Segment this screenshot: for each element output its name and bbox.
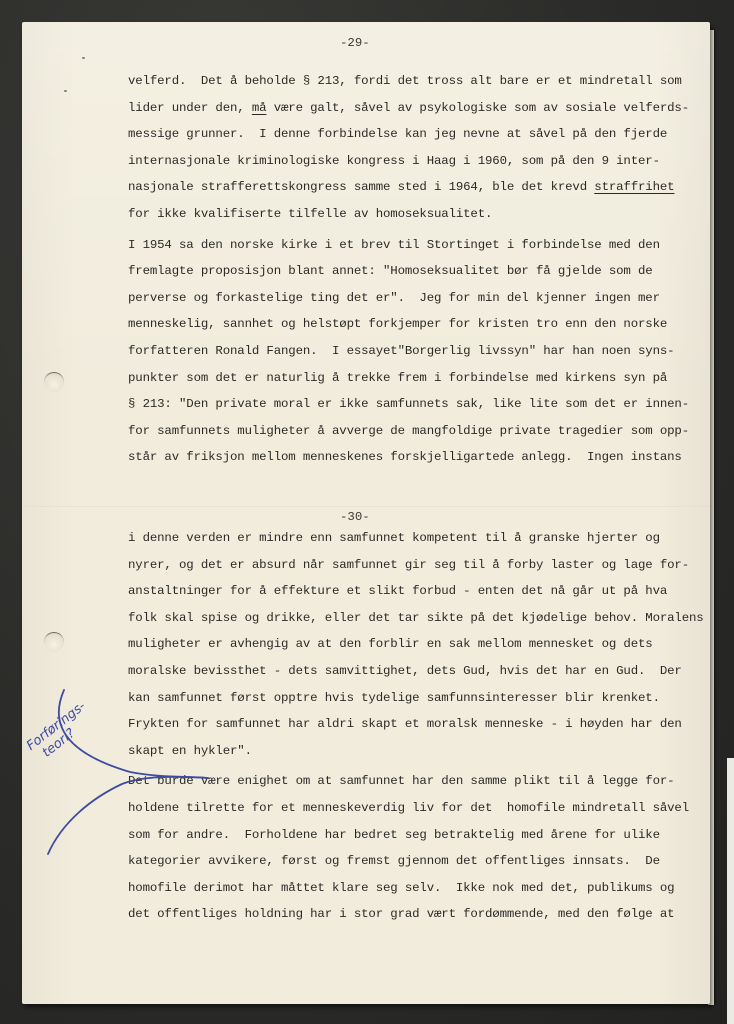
text-line: skapt en hykler". bbox=[128, 742, 252, 760]
text-segment: kan samfunnet først opptre hvis tydelige… bbox=[128, 691, 660, 705]
text-segment: internasjonale kriminologiske kongress i… bbox=[128, 154, 660, 168]
text-line: fremlagte proposisjon blant annet: "Homo… bbox=[128, 262, 653, 280]
text-segment: messige grunner. I denne forbindelse kan… bbox=[128, 127, 667, 141]
adjacent-card-edge bbox=[727, 758, 734, 1024]
text-segment: være galt, såvel av psykologiske som av … bbox=[266, 101, 689, 115]
text-segment: menneskelig, sannhet og helstøpt forkjem… bbox=[128, 317, 667, 331]
text-line: nasjonale strafferettskongress samme ste… bbox=[128, 178, 674, 196]
underlined-text: straffrihet bbox=[594, 180, 674, 194]
text-segment: fremlagte proposisjon blant annet: "Homo… bbox=[128, 264, 653, 278]
text-segment: punkter som det er naturlig å trekke fre… bbox=[128, 371, 667, 385]
text-segment: i denne verden er mindre enn samfunnet k… bbox=[128, 531, 660, 545]
text-line: kategorier avvikere, først og fremst gje… bbox=[128, 852, 660, 870]
handwritten-margin-note: Forførings- teori? bbox=[24, 699, 98, 766]
text-line: for samfunnets muligheter å avverge de m… bbox=[128, 422, 689, 440]
text-line: for ikke kvalifiserte tilfelle av homose… bbox=[128, 205, 492, 223]
text-segment: velferd. Det å beholde § 213, fordi det … bbox=[128, 74, 682, 88]
text-line: I 1954 sa den norske kirke i et brev til… bbox=[128, 236, 660, 254]
text-segment: moralske bevissthet - dets samvittighet,… bbox=[128, 664, 682, 678]
text-line: internasjonale kriminologiske kongress i… bbox=[128, 152, 660, 170]
text-segment: forfatteren Ronald Fangen. I essayet"Bor… bbox=[128, 344, 674, 358]
text-line: forfatteren Ronald Fangen. I essayet"Bor… bbox=[128, 342, 674, 360]
text-segment: det offentliges holdning har i stor grad… bbox=[128, 907, 674, 921]
text-segment: homofile derimot har måttet klare seg se… bbox=[128, 881, 674, 895]
text-line: velferd. Det å beholde § 213, fordi det … bbox=[128, 72, 682, 90]
text-segment: lider under den, bbox=[128, 101, 252, 115]
text-segment: anstaltninger for å effekture et slikt f… bbox=[128, 584, 667, 598]
text-line: som for andre. Forholdene har bedret seg… bbox=[128, 826, 660, 844]
text-segment: som for andre. Forholdene har bedret seg… bbox=[128, 828, 660, 842]
text-segment: for samfunnets muligheter å avverge de m… bbox=[128, 424, 689, 438]
text-line: menneskelig, sannhet og helstøpt forkjem… bbox=[128, 315, 667, 333]
text-segment: folk skal spise og drikke, eller det tar… bbox=[128, 611, 704, 625]
text-line: muligheter er avhengig av at den forblir… bbox=[128, 635, 653, 653]
page-number-29: -29- bbox=[340, 36, 370, 50]
text-line: står av friksjon mellom menneskenes fors… bbox=[128, 448, 682, 466]
text-segment: står av friksjon mellom menneskenes fors… bbox=[128, 450, 682, 464]
text-line: perverse og forkastelige ting det er". J… bbox=[128, 289, 660, 307]
text-segment: holdene tilrette for et menneskeverdig l… bbox=[128, 801, 689, 815]
text-line: kan samfunnet først opptre hvis tydelige… bbox=[128, 689, 660, 707]
text-segment: Frykten for samfunnet har aldri skapt et… bbox=[128, 717, 682, 731]
text-line: Det burde være enighet om at samfunnet h… bbox=[128, 772, 674, 790]
text-segment: § 213: "Den private moral er ikke samfun… bbox=[128, 397, 689, 411]
text-segment: nyrer, og det er absurd når samfunnet gi… bbox=[128, 558, 689, 572]
text-line: folk skal spise og drikke, eller det tar… bbox=[128, 609, 704, 627]
text-segment: Det burde være enighet om at samfunnet h… bbox=[128, 774, 674, 788]
paper-speck bbox=[64, 90, 67, 92]
text-segment: for ikke kvalifiserte tilfelle av homose… bbox=[128, 207, 492, 221]
text-line: punkter som det er naturlig å trekke fre… bbox=[128, 369, 667, 387]
punch-hole-top bbox=[44, 372, 64, 392]
page-fold bbox=[22, 506, 710, 508]
text-line: i denne verden er mindre enn samfunnet k… bbox=[128, 529, 660, 547]
text-line: nyrer, og det er absurd når samfunnet gi… bbox=[128, 556, 689, 574]
text-segment: perverse og forkastelige ting det er". J… bbox=[128, 291, 660, 305]
punch-hole-bottom bbox=[44, 632, 64, 652]
text-line: anstaltninger for å effekture et slikt f… bbox=[128, 582, 667, 600]
paper-speck bbox=[82, 57, 85, 59]
text-segment: muligheter er avhengig av at den forblir… bbox=[128, 637, 653, 651]
text-line: Frykten for samfunnet har aldri skapt et… bbox=[128, 715, 682, 733]
text-segment: skapt en hykler". bbox=[128, 744, 252, 758]
underlined-text: må bbox=[252, 101, 267, 115]
text-line: homofile derimot har måttet klare seg se… bbox=[128, 879, 674, 897]
text-line: det offentliges holdning har i stor grad… bbox=[128, 905, 674, 923]
text-segment: I 1954 sa den norske kirke i et brev til… bbox=[128, 238, 660, 252]
text-line: moralske bevissthet - dets samvittighet,… bbox=[128, 662, 682, 680]
text-line: § 213: "Den private moral er ikke samfun… bbox=[128, 395, 689, 413]
document-page: -29- velferd. Det å beholde § 213, fordi… bbox=[22, 22, 710, 1004]
text-segment: kategorier avvikere, først og fremst gje… bbox=[128, 854, 660, 868]
text-line: lider under den, må være galt, såvel av … bbox=[128, 99, 689, 117]
text-line: holdene tilrette for et menneskeverdig l… bbox=[128, 799, 689, 817]
text-line: messige grunner. I denne forbindelse kan… bbox=[128, 125, 667, 143]
page-number-30: -30- bbox=[340, 510, 370, 524]
text-segment: nasjonale strafferettskongress samme ste… bbox=[128, 180, 594, 194]
